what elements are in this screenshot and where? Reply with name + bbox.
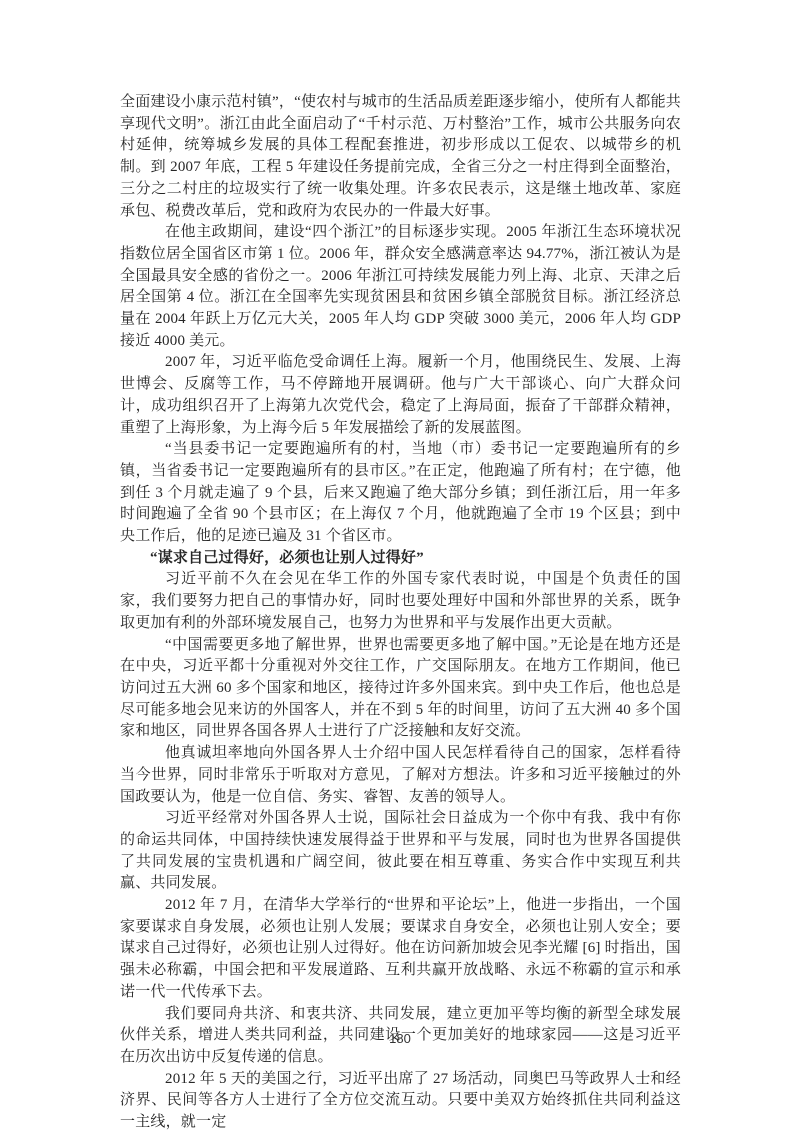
paragraph: 2007 年，习近平临危受命调任上海。履新一个月，他围绕民生、发展、上海世博会、…	[120, 352, 681, 439]
paragraph: 他真诚坦率地向外国各界人士介绍中国人民怎样看待自己的国家，怎样看待当今世界，同时…	[120, 743, 681, 808]
paragraph: “中国需要更多地了解世界，世界也需要更多地了解中国。”无论是在地方还是在中央，习…	[120, 635, 681, 744]
paragraph: 2012 年 5 天的美国之行，习近平出席了 27 场活动，同奥巴马等政界人士和…	[120, 1069, 681, 1131]
section-heading: “谋求自己过得好，必须也让别人过得好”	[120, 548, 681, 570]
document-page: 全面建设小康示范村镇”，“使农村与城市的生活品质差距逐步缩小，使所有人都能共享现…	[0, 0, 800, 1131]
page-text-block: 全面建设小康示范村镇”，“使农村与城市的生活品质差距逐步缩小，使所有人都能共享现…	[120, 92, 681, 1131]
paragraph: 习近平经常对外国各界人士说，国际社会日益成为一个你中有我、我中有你的命运共同体，…	[120, 808, 681, 895]
paragraph: 全面建设小康示范村镇”，“使农村与城市的生活品质差距逐步缩小，使所有人都能共享现…	[120, 92, 681, 222]
paragraph: 在他主政期间，建设“四个浙江”的目标逐步实现。2005 年浙江生态环境状况指数位…	[120, 222, 681, 352]
paragraph: “当县委书记一定要跑遍所有的村，当地（市）委书记一定要跑遍所有的乡镇，当省委书记…	[120, 439, 681, 548]
paragraph: 习近平前不久在会见在华工作的外国专家代表时说，中国是个负责任的国家，我们要努力把…	[120, 569, 681, 634]
paragraph: 2012 年 7 月，在清华大学举行的“世界和平论坛”上，他进一步指出，一个国家…	[120, 895, 681, 1004]
page-number: 180	[0, 1031, 800, 1046]
